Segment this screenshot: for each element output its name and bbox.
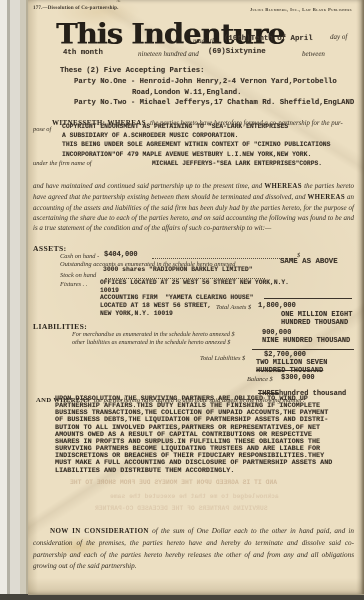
purpose-typed-block: COPYRIGHT ENDORSMENT AS PRETAINING TO "S… (62, 122, 330, 159)
purpose-line: COPYRIGHT ENDORSMENT AS PRETAINING TO "S… (62, 122, 330, 131)
party-two-line: Party No.Two - Michael Jefferys,17 Chath… (74, 98, 354, 109)
total-assets-words-2: HUNDRED THOUSAND (281, 319, 348, 327)
firm-name-label: under the firm name of (33, 160, 92, 167)
typed-month: 4th month (63, 49, 103, 57)
typed-year: (69)Sixtynine (208, 48, 266, 56)
publisher-imprint: Julius Blumberg, Inc., Law Blank Publish… (250, 7, 352, 12)
firm-name-typed: MICHAEL JEFFERYS-"SEA LARK ENTERPRISES"C… (152, 160, 322, 167)
pose-of-label: pose of (33, 126, 51, 133)
nineteen-hundred-label: nineteen hundred and (138, 50, 199, 58)
ink-bleedthrough: acknowledged to me that he executed the … (110, 492, 279, 501)
distribution-typed-block: UPON DISSOLUTION,THE SURVIVING PARTNERS … (55, 396, 332, 475)
total-rule-line (252, 349, 354, 350)
between-label: between (302, 50, 325, 58)
total-liabilities-words-1: TWO MILLION SEVEN (256, 359, 327, 367)
typed-date: (10th)Tenth of April (224, 35, 313, 43)
form-number: 177.—Dissolution of Co-partnership. (33, 6, 119, 11)
printer-mark-icon: ❧ (116, 0, 121, 5)
purpose-line: INCORPORATION"OF 479 MAPLE AVENUE WESTBU… (62, 150, 330, 159)
party-one-line2: Road,London W.11,England. (132, 88, 354, 99)
day-of-label: day of (330, 33, 347, 41)
total-assets-typed: 1,800,000 (258, 302, 296, 310)
recital-whereas-2: WHEREAS (307, 194, 345, 201)
merchandise-typed: 900,000 (262, 329, 291, 337)
total-liabilities-label: Total Liabilities $ (200, 355, 245, 362)
fixtures-typed-1: OFFICES LOCATED AT 25 WEST 56 STREET NEW… (100, 279, 289, 286)
stock-typed-value: 3000 shares "RADIOPHON BARKLEY LIMITED" (103, 266, 253, 273)
parties-heading: These (2) Five Accepting Parties: (60, 66, 354, 77)
recital-part1: and have maintained and continued said p… (33, 182, 264, 190)
ink-bleedthrough: AND IT IS AGREED UPON THE MONEYS DUE FRO… (70, 478, 277, 487)
cash-on-hand-label: Cash on hand - (60, 253, 99, 260)
total-liabilities-typed: $2,700,000 (264, 351, 306, 359)
total-assets-label: Total Assets $ (216, 304, 251, 311)
accounting-typed-1: ACCOUNTING FIRM "YAMETA CLEARING HOUSE" (100, 294, 253, 301)
now-in-consideration-caps: NOW IN CONSIDERATION (50, 527, 149, 535)
fixtures-typed-2: 10019 (100, 287, 119, 294)
outstanding-typed-value: SAME AS ABOVE (280, 258, 338, 266)
cash-typed-value: $404,000 (104, 251, 138, 259)
accounting-typed-3: NEW YORK,N.Y. 10019 (100, 310, 173, 317)
total-assets-words-1: ONE MILLION EIGHT (281, 311, 352, 319)
accounting-typed-2: LOCATED AT 18 WEST 56 STREET, (100, 302, 211, 309)
recital-paragraph: and have maintained and continued said p… (33, 181, 354, 233)
recital-whereas-1: WHEREAS (264, 183, 302, 190)
scanned-legal-document: { "colors": { "paper": "#ecdfc2", "typed… (0, 0, 364, 600)
purpose-line: THIS BEING UNDER SOLE AGREEMENT WITHIN C… (62, 140, 330, 149)
distribution-line: LIABILITIES AND DISTRIBUTE THEM ACCORDIN… (55, 468, 332, 475)
stock-on-hand-label: Stock on hand (60, 272, 96, 279)
scanner-background-strip (0, 0, 30, 594)
ink-bleedthrough: SURVIVING PARTNERS OF THE DECEASED CO-PA… (95, 504, 268, 513)
dotted-leader (152, 253, 292, 259)
balance-typed: $300,000 (281, 374, 315, 382)
made-the-label: made the (193, 37, 218, 45)
assets-heading: ASSETS: (33, 244, 67, 253)
other-liabilities-typed: NINE HUNDRED THOUSAND (262, 337, 350, 345)
merchandise-label: For merchandise as enumerated in the sch… (72, 331, 235, 338)
party-one-line1: Party No.One - Henroid-John Henry,2-4 Ve… (74, 77, 354, 88)
consideration-paragraph: NOW IN CONSIDERATION of the sum of One D… (33, 526, 354, 573)
liabilities-heading: LIABILITIES: (33, 322, 87, 331)
other-liabilities-label: other liabilities as enumerated in the s… (72, 339, 230, 346)
dash-fill-line (264, 298, 352, 299)
purpose-line: A SUBSIDIARY OF A.SCHROEDER MUSIC CORPOR… (62, 131, 330, 140)
fixtures-label: Fixtures . . (60, 281, 87, 288)
parties-block: These (2) Five Accepting Parties: Party … (60, 66, 354, 109)
